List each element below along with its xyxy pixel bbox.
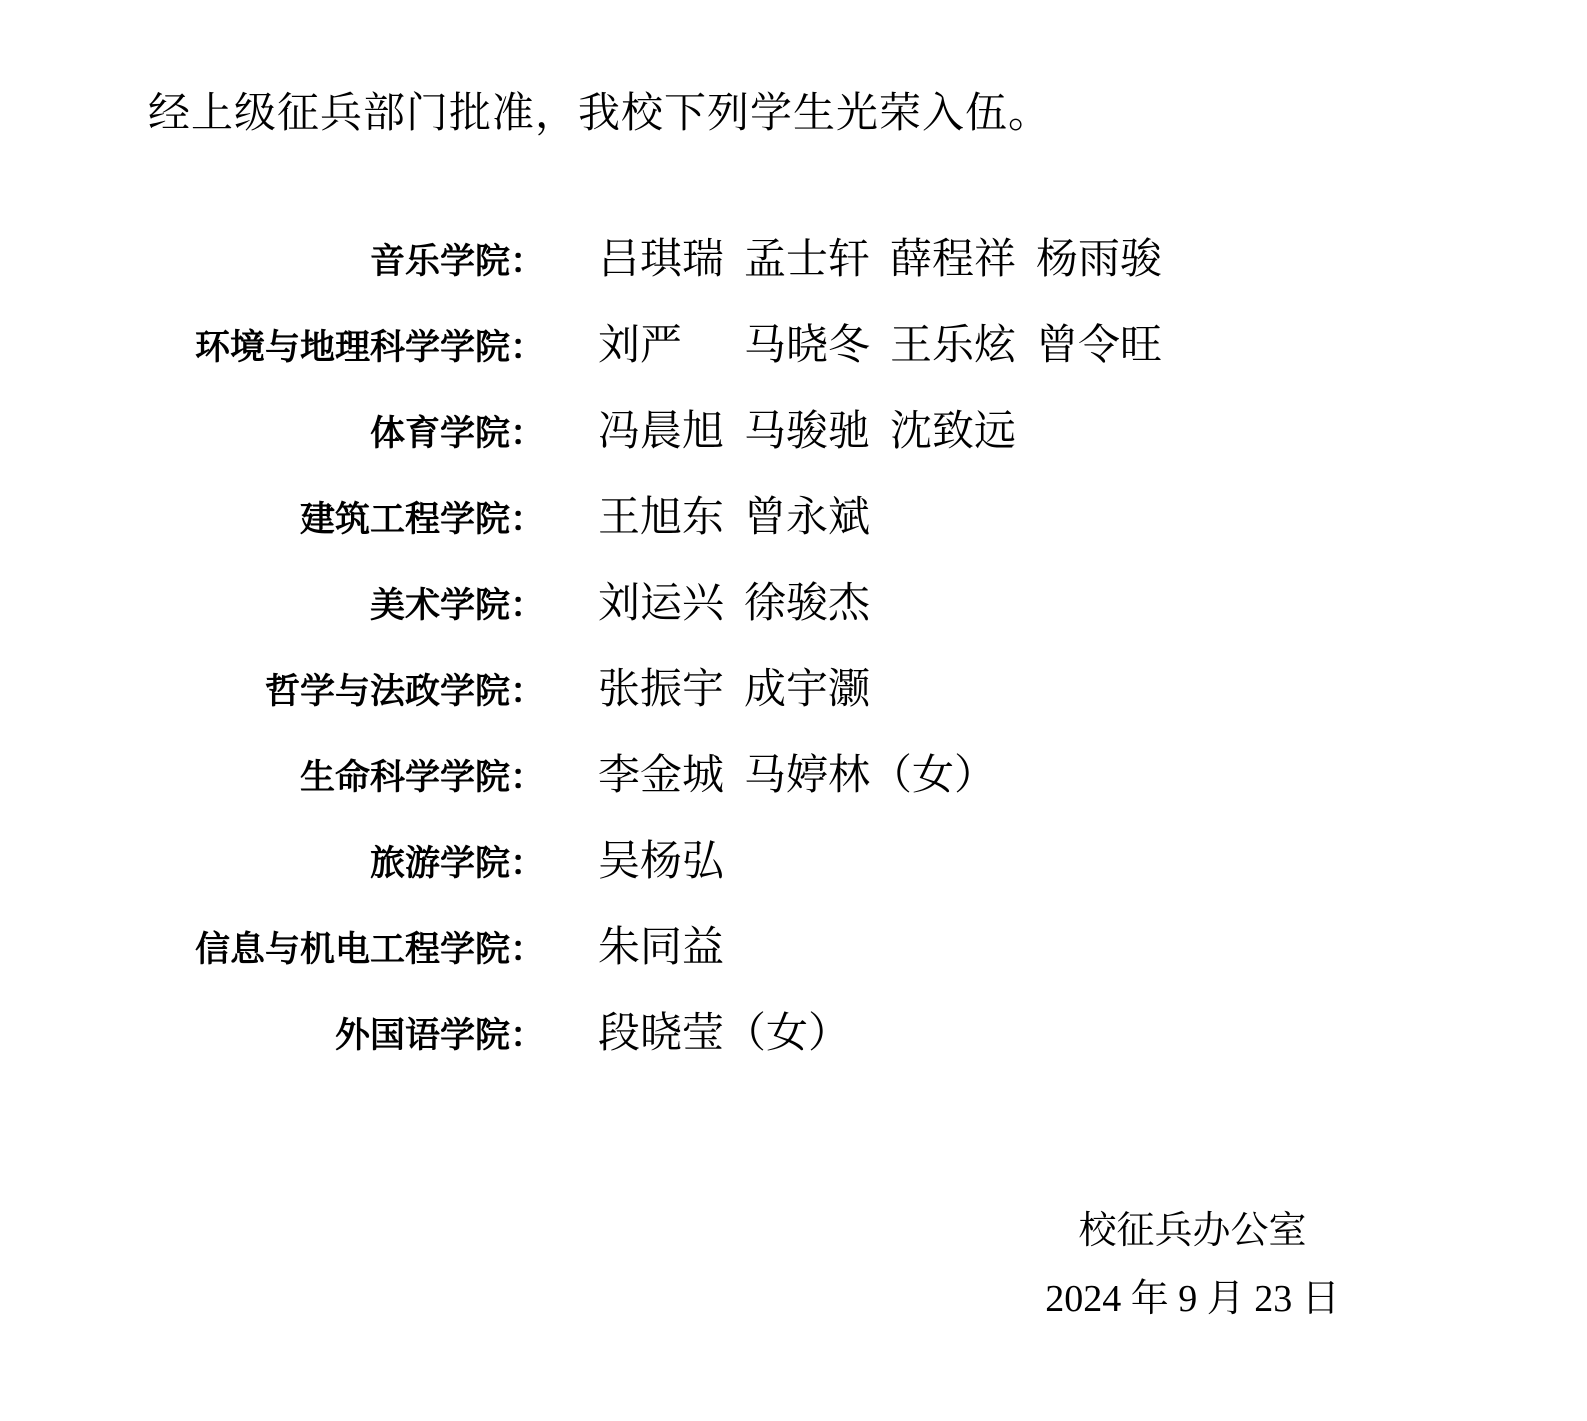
student-name: 徐骏杰 [744, 562, 870, 646]
document-page: 经上级征兵部门批准，我校下列学生光荣入伍。 音乐学院： 吕琪瑞孟士轩薛程祥杨雨骏… [0, 0, 1587, 1421]
student-name: 李金城 [598, 734, 724, 818]
roster-row: 建筑工程学院： 王旭东曾永斌 [0, 476, 1587, 562]
college-name: 信息与机电工程学院： [0, 908, 545, 992]
college-name: 旅游学院： [0, 822, 545, 906]
college-name: 外国语学院： [0, 994, 545, 1078]
student-names: 朱同益 [598, 906, 744, 990]
student-name: 刘运兴 [598, 562, 724, 646]
student-names: 李金城马婷林（女） [598, 734, 1016, 818]
roster-row: 体育学院： 冯晨旭马骏驰沈致远 [0, 390, 1587, 476]
student-name: 曾永斌 [744, 476, 870, 560]
roster-row: 生命科学学院： 李金城马婷林（女） [0, 734, 1587, 820]
student-name: 朱同益 [598, 906, 724, 990]
student-name: 段晓莹（女） [598, 992, 850, 1076]
student-name: 吴杨弘 [598, 820, 724, 904]
roster-row: 环境与地理科学学院： 刘严马晓冬王乐炫曾令旺 [0, 304, 1587, 390]
student-name: 曾令旺 [1036, 304, 1162, 388]
roster-row: 外国语学院： 段晓莹（女） [0, 992, 1587, 1078]
college-name: 哲学与法政学院： [0, 650, 545, 734]
student-names: 张振宇成宇灏 [598, 648, 890, 732]
student-name: 吕琪瑞 [598, 218, 724, 302]
student-names: 吕琪瑞孟士轩薛程祥杨雨骏 [598, 218, 1182, 302]
college-name: 音乐学院： [0, 220, 545, 304]
student-names: 段晓莹（女） [598, 992, 870, 1076]
student-name: 王旭东 [598, 476, 724, 560]
roster-row: 音乐学院： 吕琪瑞孟士轩薛程祥杨雨骏 [0, 218, 1587, 304]
roster-row: 美术学院： 刘运兴徐骏杰 [0, 562, 1587, 648]
student-name: 冯晨旭 [598, 390, 724, 474]
college-name: 生命科学学院： [0, 736, 545, 820]
signature-block: 校征兵办公室 2024 年 9 月 23 日 [930, 1197, 1455, 1333]
college-name: 建筑工程学院： [0, 478, 545, 562]
signature-date: 2024 年 9 月 23 日 [930, 1265, 1455, 1333]
student-name: 成宇灏 [744, 648, 870, 732]
student-name: 沈致远 [890, 390, 1016, 474]
student-name: 张振宇 [598, 648, 724, 732]
student-name: 刘严 [598, 304, 724, 388]
student-name: 薛程祥 [890, 218, 1016, 302]
roster-list: 音乐学院： 吕琪瑞孟士轩薛程祥杨雨骏 环境与地理科学学院： 刘严马晓冬王乐炫曾令… [0, 218, 1587, 1078]
student-names: 冯晨旭马骏驰沈致远 [598, 390, 1036, 474]
college-name: 环境与地理科学学院： [0, 306, 545, 390]
student-name: 孟士轩 [744, 218, 870, 302]
student-name: 杨雨骏 [1036, 218, 1162, 302]
student-name: 马婷林（女） [744, 734, 996, 818]
college-name: 美术学院： [0, 564, 545, 648]
intro-paragraph: 经上级征兵部门批准，我校下列学生光荣入伍。 [148, 86, 1587, 142]
student-name: 王乐炫 [890, 304, 1016, 388]
student-names: 刘运兴徐骏杰 [598, 562, 890, 646]
student-names: 吴杨弘 [598, 820, 744, 904]
student-names: 王旭东曾永斌 [598, 476, 890, 560]
student-names: 刘严马晓冬王乐炫曾令旺 [598, 304, 1182, 388]
college-name: 体育学院： [0, 392, 545, 476]
roster-row: 信息与机电工程学院： 朱同益 [0, 906, 1587, 992]
signature-office: 校征兵办公室 [930, 1197, 1455, 1265]
student-name: 马晓冬 [744, 304, 870, 388]
roster-row: 哲学与法政学院： 张振宇成宇灏 [0, 648, 1587, 734]
roster-row: 旅游学院： 吴杨弘 [0, 820, 1587, 906]
student-name: 马骏驰 [744, 390, 870, 474]
